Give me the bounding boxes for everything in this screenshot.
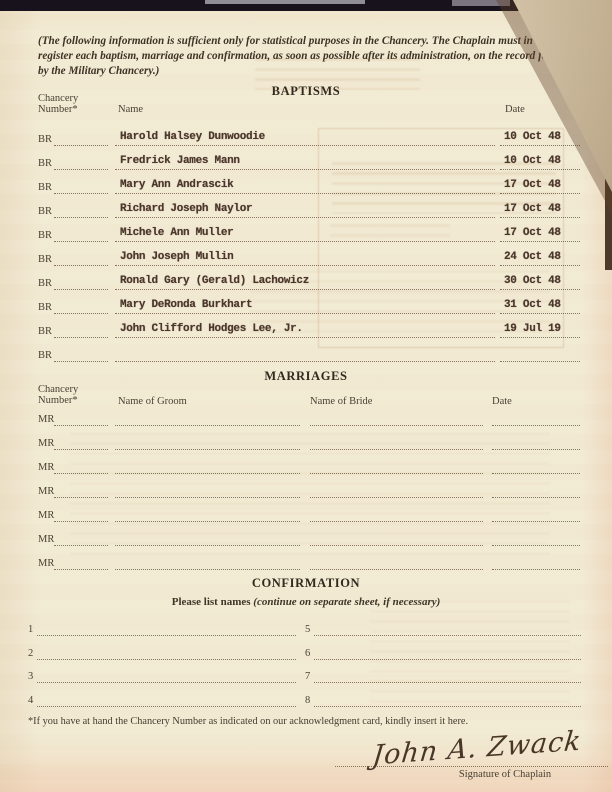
date-dotted-line [492, 425, 580, 426]
baptism-row: BR Ronald Gary (Gerald) Lachowicz 30 Oct… [38, 268, 582, 290]
line-number: 7 [305, 671, 310, 682]
scanned-chaplain-record-form: (The following information is sufficient… [0, 0, 612, 792]
marriages-title: MARRIAGES [0, 369, 612, 384]
confirmation-dotted-line [314, 706, 581, 707]
date-dotted-line [492, 449, 580, 450]
marriage-row: MR [38, 452, 582, 474]
date-dotted-line [500, 361, 580, 362]
name-dotted-line [115, 337, 495, 338]
baptism-name: Mary DeRonda Burkhart [120, 299, 252, 311]
scan-strip-notch [452, 0, 510, 6]
bride-dotted-line [310, 497, 483, 498]
confirmation-line: 2 [28, 640, 296, 660]
date-dotted-line [500, 313, 580, 314]
chancery-dotted-line [54, 545, 108, 546]
baptism-row: BR Harold Halsey Dunwoodie 10 Oct 48 [38, 124, 582, 146]
baptism-name: Ronald Gary (Gerald) Lachowicz [120, 275, 309, 287]
chancery-prefix: BR [38, 230, 52, 241]
chancery-dotted-line [54, 569, 108, 570]
chancery-dotted-line [54, 425, 108, 426]
chancery-prefix: BR [38, 302, 52, 313]
date-dotted-line [500, 289, 580, 290]
line-number: 3 [28, 671, 33, 682]
marriages-col-chancery: Chancery Number* [38, 385, 78, 406]
baptism-name: Fredrick James Mann [120, 155, 240, 167]
baptism-name: Michele Ann Muller [120, 227, 233, 239]
bride-dotted-line [310, 545, 483, 546]
line-number: 6 [305, 648, 310, 659]
marriage-row: MR [38, 476, 582, 498]
date-dotted-line [492, 545, 580, 546]
baptisms-title: BAPTISMS [0, 84, 612, 99]
baptism-row: BR John Joseph Mullin 24 Oct 48 [38, 244, 582, 266]
baptisms-col-chancery: Chancery Number* [38, 94, 78, 115]
scan-top-strip [0, 0, 612, 11]
instruction-note-line3: by the Military Chancery.) [38, 64, 583, 79]
name-dotted-line [115, 265, 495, 266]
groom-dotted-line [115, 521, 300, 522]
baptism-row: BR Richard Joseph Naylor 17 Oct 48 [38, 196, 582, 218]
confirmation-dotted-line [37, 682, 296, 683]
line-number: 2 [28, 648, 33, 659]
confirmation-subtitle: Please list names (continue on separate … [0, 596, 612, 608]
groom-dotted-line [115, 497, 300, 498]
marriage-row: MR [38, 524, 582, 546]
groom-dotted-line [115, 449, 300, 450]
groom-dotted-line [115, 425, 300, 426]
chancery-prefix: BR [38, 278, 52, 289]
baptism-name: John Clifford Hodges Lee, Jr. [120, 323, 303, 335]
baptism-date: 10 Oct 48 [504, 131, 561, 143]
name-dotted-line [115, 145, 495, 146]
chancery-prefix: MR [38, 510, 54, 521]
confirmation-title: CONFIRMATION [0, 576, 612, 591]
chancery-prefix: BR [38, 158, 52, 169]
baptism-name: John Joseph Mullin [120, 251, 233, 263]
chancery-prefix: MR [38, 558, 54, 569]
baptism-date: 30 Oct 48 [504, 275, 561, 287]
confirmation-dotted-line [314, 659, 581, 660]
baptism-row: BR [38, 340, 582, 362]
baptism-date: 24 Oct 48 [504, 251, 561, 263]
name-dotted-line [115, 313, 495, 314]
confirmation-line: 7 [305, 663, 581, 683]
baptism-row: BR Michele Ann Muller 17 Oct 48 [38, 220, 582, 242]
confirmation-line: 8 [305, 687, 581, 707]
instruction-note-line2: register each baptism, marriage and conf… [38, 49, 583, 64]
groom-dotted-line [115, 545, 300, 546]
date-dotted-line [500, 145, 580, 146]
groom-dotted-line [115, 569, 300, 570]
bride-dotted-line [310, 569, 483, 570]
baptism-name: Mary Ann Andrascik [120, 179, 233, 191]
chancery-prefix: MR [38, 486, 54, 497]
baptism-name: Richard Joseph Naylor [120, 203, 252, 215]
confirmation-line: 6 [305, 640, 581, 660]
chancery-dotted-line [54, 193, 108, 194]
name-dotted-line [115, 169, 495, 170]
baptism-date: 31 Oct 48 [504, 299, 561, 311]
chancery-dotted-line [54, 289, 108, 290]
chancery-dotted-line [54, 313, 108, 314]
chancery-dotted-line [54, 145, 108, 146]
line-number: 5 [305, 624, 310, 635]
baptism-row: BR John Clifford Hodges Lee, Jr. 19 Jul … [38, 316, 582, 338]
confirmation-dotted-line [37, 706, 296, 707]
date-dotted-line [492, 473, 580, 474]
confirmation-dotted-line [314, 635, 581, 636]
confirmation-dotted-line [314, 682, 581, 683]
bride-dotted-line [310, 425, 483, 426]
chancery-prefix: BR [38, 134, 52, 145]
bride-dotted-line [310, 473, 483, 474]
chancery-dotted-line [54, 473, 108, 474]
chancery-prefix: MR [38, 414, 54, 425]
name-dotted-line [115, 289, 495, 290]
chancery-prefix: BR [38, 350, 52, 361]
baptisms-col-name: Name [118, 104, 143, 115]
confirmation-dotted-line [37, 659, 296, 660]
chancery-dotted-line [54, 217, 108, 218]
name-dotted-line [115, 193, 495, 194]
scan-strip-notch [205, 0, 365, 4]
groom-dotted-line [115, 473, 300, 474]
line-number: 8 [305, 695, 310, 706]
chancery-prefix: BR [38, 182, 52, 193]
chancery-prefix: MR [38, 438, 54, 449]
date-dotted-line [492, 569, 580, 570]
marriage-row: MR [38, 548, 582, 570]
baptism-date: 17 Oct 48 [504, 179, 561, 191]
date-dotted-line [500, 217, 580, 218]
baptism-row: BR Mary Ann Andrascik 17 Oct 48 [38, 172, 582, 194]
instruction-note-line1: (The following information is sufficient… [38, 34, 583, 49]
line-number: 1 [28, 624, 33, 635]
name-dotted-line [115, 241, 495, 242]
chancery-prefix: BR [38, 254, 52, 265]
chancery-prefix: MR [38, 462, 54, 473]
baptism-date: 10 Oct 48 [504, 155, 561, 167]
date-dotted-line [500, 193, 580, 194]
baptisms-col-date: Date [505, 104, 525, 115]
marriage-row: MR [38, 404, 582, 426]
date-dotted-line [492, 521, 580, 522]
baptism-row: BR Fredrick James Mann 10 Oct 48 [38, 148, 582, 170]
date-dotted-line [500, 241, 580, 242]
chancery-dotted-line [54, 169, 108, 170]
name-dotted-line [115, 361, 495, 362]
chancery-dotted-line [54, 265, 108, 266]
baptism-name: Harold Halsey Dunwoodie [120, 131, 265, 143]
chancery-dotted-line [54, 241, 108, 242]
line-number: 4 [28, 695, 33, 706]
date-dotted-line [492, 497, 580, 498]
confirmation-line: 1 [28, 616, 296, 636]
scan-edge-dark [605, 95, 612, 270]
confirmation-dotted-line [37, 635, 296, 636]
chancery-prefix: BR [38, 206, 52, 217]
confirmation-line: 4 [28, 687, 296, 707]
chancery-dotted-line [54, 361, 108, 362]
signature-label: Signature of Chaplain [430, 769, 580, 780]
baptism-date: 17 Oct 48 [504, 203, 561, 215]
chancery-dotted-line [54, 337, 108, 338]
chancery-dotted-line [54, 521, 108, 522]
chancery-prefix: BR [38, 326, 52, 337]
date-dotted-line [500, 265, 580, 266]
chancery-dotted-line [54, 449, 108, 450]
instruction-note: (The following information is sufficient… [38, 34, 583, 79]
bride-dotted-line [310, 449, 483, 450]
confirmation-line: 3 [28, 663, 296, 683]
chancery-number-footnote: *If you have at hand the Chancery Number… [28, 716, 468, 727]
date-dotted-line [500, 169, 580, 170]
name-dotted-line [115, 217, 495, 218]
baptism-date: 19 Jul 19 [504, 323, 561, 335]
baptism-date: 17 Oct 48 [504, 227, 561, 239]
bride-dotted-line [310, 521, 483, 522]
baptism-row: BR Mary DeRonda Burkhart 31 Oct 48 [38, 292, 582, 314]
date-dotted-line [500, 337, 580, 338]
chancery-prefix: MR [38, 534, 54, 545]
chancery-dotted-line [54, 497, 108, 498]
confirmation-line: 5 [305, 616, 581, 636]
marriage-row: MR [38, 428, 582, 450]
marriage-row: MR [38, 500, 582, 522]
